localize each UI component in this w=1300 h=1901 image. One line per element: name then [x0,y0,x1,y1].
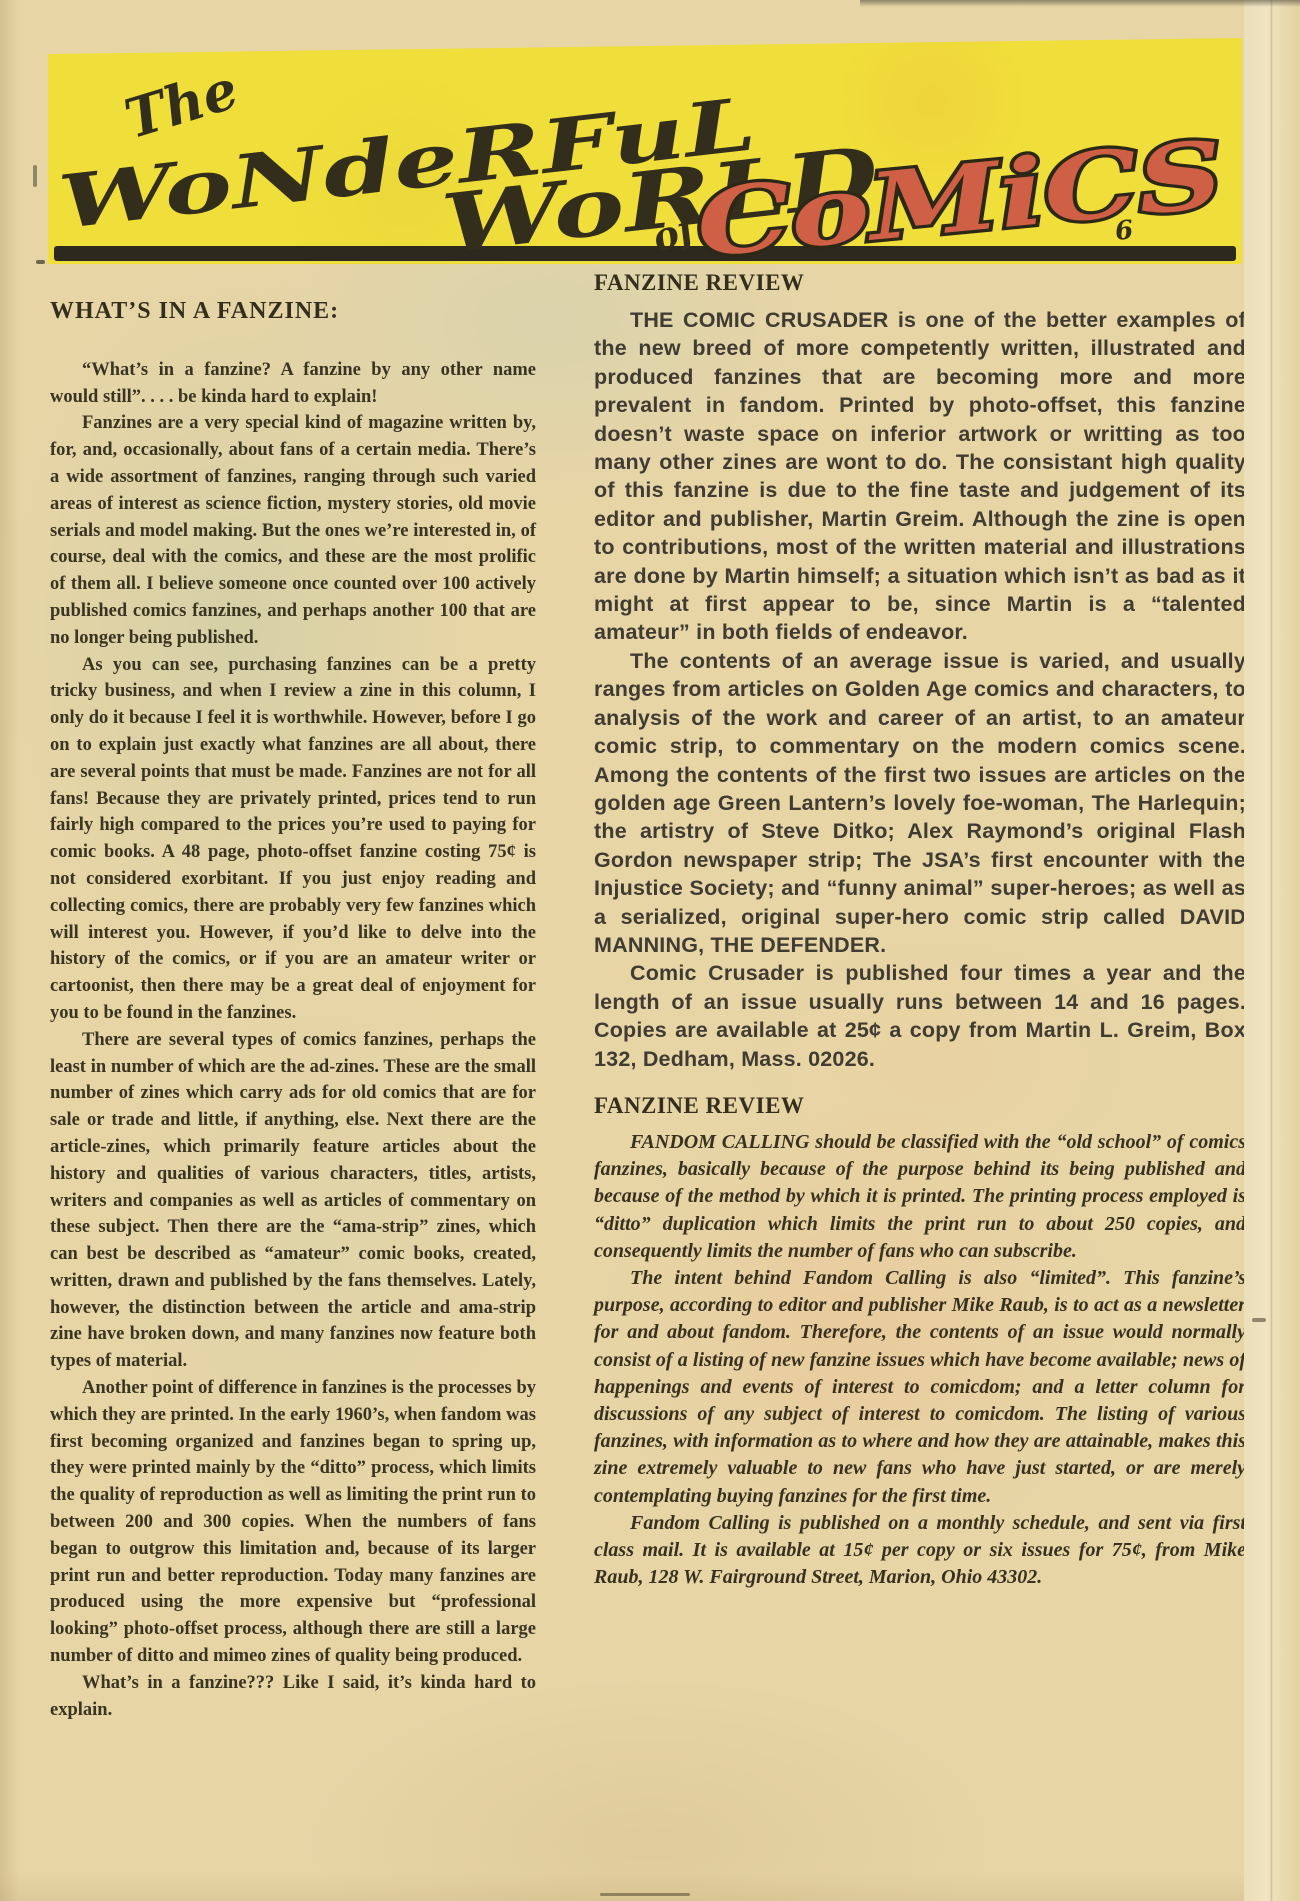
paragraph: “What’s in a fanzine? A fanzine by any o… [50,357,536,411]
fanzine-review-heading-2: FANZINE REVIEW [594,1093,1246,1119]
fandom-calling-review: FANDOM CALLING should be classified with… [594,1129,1246,1591]
scan-top-edge [860,0,1300,7]
comic-crusader-review: THE COMIC CRUSADER is one of the better … [594,306,1246,1073]
ink-speck [1252,1318,1266,1322]
paragraph: Comic Crusader is published four times a… [594,959,1246,1073]
paragraph: The intent behind Fandom Calling is also… [594,1265,1246,1510]
paragraph: Fanzines are a very special kind of maga… [50,410,536,651]
fanzine-review-heading-1: FANZINE REVIEW [594,270,1246,296]
paragraph: Another point of difference in fanzines … [50,1375,536,1670]
paragraph: What’s in a fanzine??? Like I said, it’s… [50,1670,536,1724]
paragraph: There are several types of comics fanzin… [50,1027,536,1375]
left-column-heading: WHAT’S IN A FANZINE: [50,298,536,325]
paragraph: The contents of an average issue is vari… [594,647,1246,959]
right-column: FANZINE REVIEW THE COMIC CRUSADER is one… [594,270,1246,1591]
masthead-lettering: The WoNdeRFuL WoRLD of CoMiCS 6 [48,38,1242,264]
masthead-banner: The WoNdeRFuL WoRLD of CoMiCS 6 [48,38,1242,264]
issue-number-mark: 6 [1114,215,1135,247]
paragraph: THE COMIC CRUSADER is one of the better … [594,306,1246,647]
paragraph: As you can see, purchasing fanzines can … [50,652,536,1027]
scan-bottom-mark [600,1893,690,1896]
paragraph: Fandom Calling is published on a monthly… [594,1510,1246,1592]
title-word-the: The [117,57,245,151]
scan-right-margin [1244,0,1300,1901]
paper-crease [1270,0,1273,1901]
left-column: WHAT’S IN A FANZINE: “What’s in a fanzin… [50,298,536,1723]
ink-speck [36,260,45,264]
ink-speck [33,165,37,187]
paragraph: FANDOM CALLING should be classified with… [594,1129,1246,1265]
scanned-comic-text-page: The WoNdeRFuL WoRLD of CoMiCS 6 WHAT’S I… [0,0,1300,1901]
